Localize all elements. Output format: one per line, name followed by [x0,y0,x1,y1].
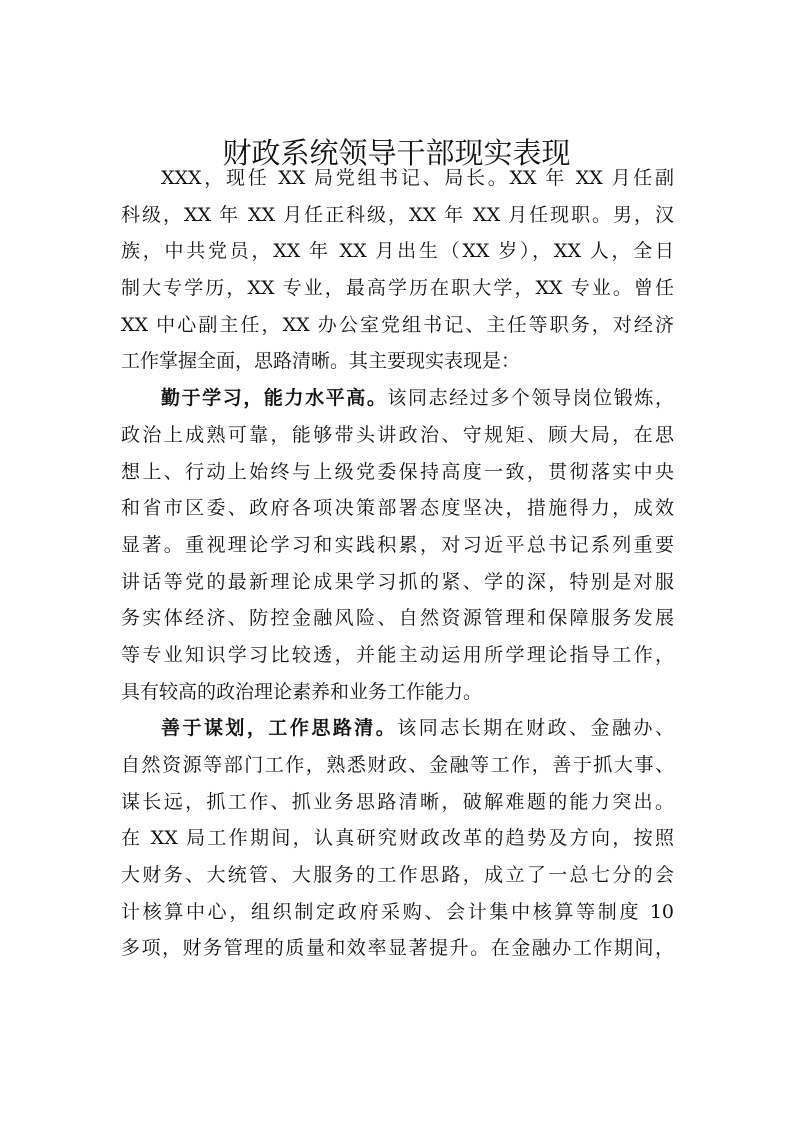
document-page: 财政系统领导干部现实表现 XXX，现任 XX 局党组书记、局长。XX 年 XX … [0,0,793,1122]
text-line: 谋长远，抓工作、抓业务思路清晰，破解难题的能力突出。 [121,784,674,821]
text-line: 想上、行动上始终与上级党委保持高度一致，贯彻落实中央 [121,454,674,491]
text-line: 讲话等党的最新理论成果学习抓的紧、学的深，特别是对服 [121,564,674,601]
text-line: 自然资源等部门工作，熟悉财政、金融等工作，善于抓大事、 [121,747,674,784]
text-line: 务实体经济、防控金融风险、自然资源管理和保障服务发展 [121,600,674,637]
text-line: 显著。重视理论学习和实践积累，对习近平总书记系列重要 [121,527,674,564]
text-line: 勤于学习，能力水平高。该同志经过多个领导岗位锻炼， [121,380,674,417]
paragraph-planning: 善于谋划，工作思路清。该同志长期在财政、金融办、 自然资源等部门工作，熟悉财政、… [121,710,674,967]
text-run: 该同志经过多个领导岗位锻炼， [387,387,674,409]
text-line: 和省市区委、政府各项决策部署态度坚决，措施得力，成效 [121,490,674,527]
text-line: 多项，财务管理的质量和效率显著提升。在金融办工作期间， [121,930,674,967]
text-line: 工作掌握全面，思路清晰。其主要现实表现是： [121,343,674,380]
text-line: 在 XX 局工作期间，认真研究财政改革的趋势及方向，按照 [121,820,674,857]
text-line: 大财务、大统管、大服务的工作思路，成立了一总七分的会 [121,857,674,894]
paragraph-study: 勤于学习，能力水平高。该同志经过多个领导岗位锻炼， 政治上成熟可靠，能够带头讲政… [121,380,674,710]
paragraph-intro: XXX，现任 XX 局党组书记、局长。XX 年 XX 月任副 科级，XX 年 X… [121,160,674,380]
section-heading: 勤于学习，能力水平高。 [161,387,387,409]
text-line: 制大专学历，XX 专业，最高学历在职大学，XX 专业。曾任 [121,270,674,307]
text-line: XX 中心副主任，XX 办公室党组书记、主任等职务，对经济 [121,307,674,344]
text-run: 该同志长期在财政、金融办、 [397,717,674,739]
text-line: 计核算中心，组织制定政府采购、会计集中核算等制度 10 [121,894,674,931]
text-line: 具有较高的政治理论素养和业务工作能力。 [121,674,674,711]
text-line: 善于谋划，工作思路清。该同志长期在财政、金融办、 [121,710,674,747]
text-line: XXX，现任 XX 局党组书记、局长。XX 年 XX 月任副 [121,160,674,197]
text-line: 科级，XX 年 XX 月任正科级，XX 年 XX 月任现职。男，汉 [121,197,674,234]
text-line: 等专业知识学习比较透，并能主动运用所学理论指导工作， [121,637,674,674]
text-line: 政治上成熟可靠，能够带头讲政治、守规矩、顾大局，在思 [121,417,674,454]
section-heading: 善于谋划，工作思路清。 [161,717,397,739]
document-body: XXX，现任 XX 局党组书记、局长。XX 年 XX 月任副 科级，XX 年 X… [121,160,674,967]
text-line: 族，中共党员，XX 年 XX 月出生（XX 岁），XX 人，全日 [121,233,674,270]
